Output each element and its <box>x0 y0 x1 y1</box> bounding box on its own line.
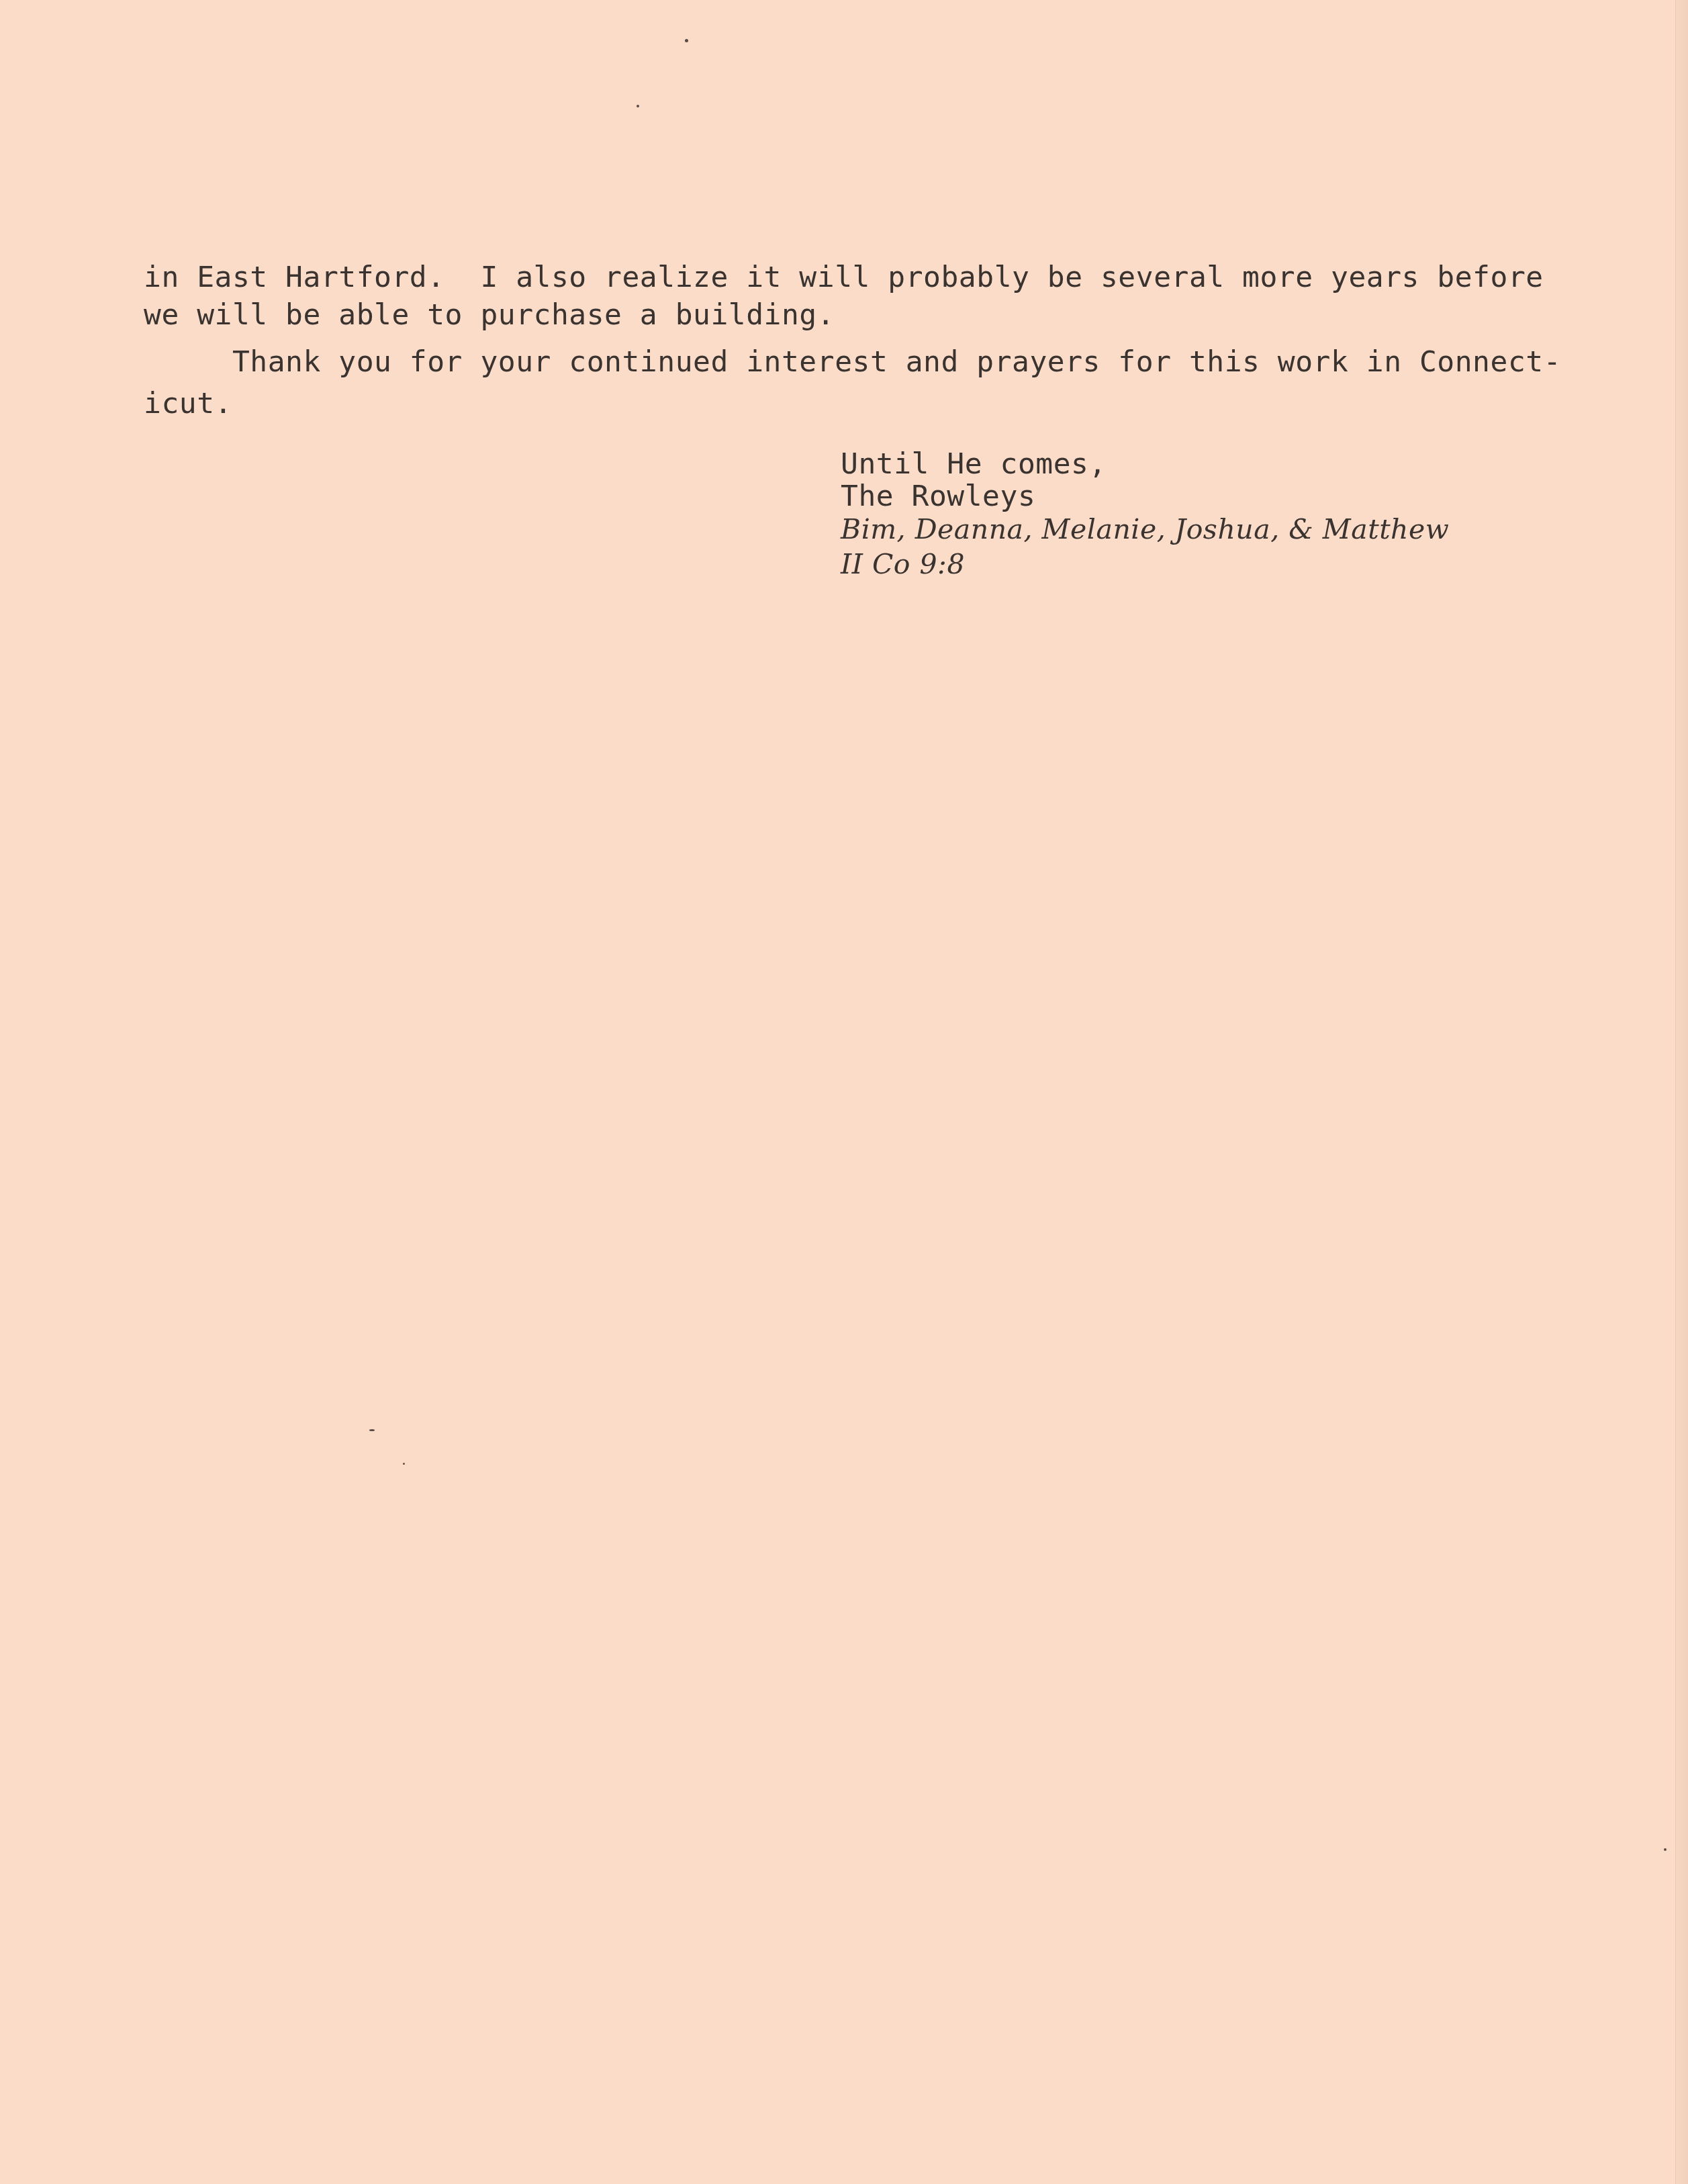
body-line: icut. <box>144 390 232 418</box>
paper-speck <box>1664 1848 1667 1851</box>
paper-speck <box>685 39 688 42</box>
body-line: in East Hartford. I also realize it will… <box>144 263 1544 292</box>
body-line: we will be able to purchase a building. <box>144 301 835 330</box>
letter-page: in East Hartford. I also realize it will… <box>0 0 1688 2184</box>
closing-signers: The Rowleys <box>841 482 1035 511</box>
closing-names: Bim, Deanna, Melanie, Joshua, & Matthew <box>841 516 1449 543</box>
body-line: Thank you for your continued interest an… <box>144 348 1561 377</box>
closing-salutation: Until He comes, <box>841 450 1107 479</box>
scripture-reference: II Co 9:8 <box>841 551 965 578</box>
paper-speck <box>403 1463 405 1465</box>
paper-speck <box>369 1429 375 1431</box>
paper-speck <box>637 105 639 107</box>
